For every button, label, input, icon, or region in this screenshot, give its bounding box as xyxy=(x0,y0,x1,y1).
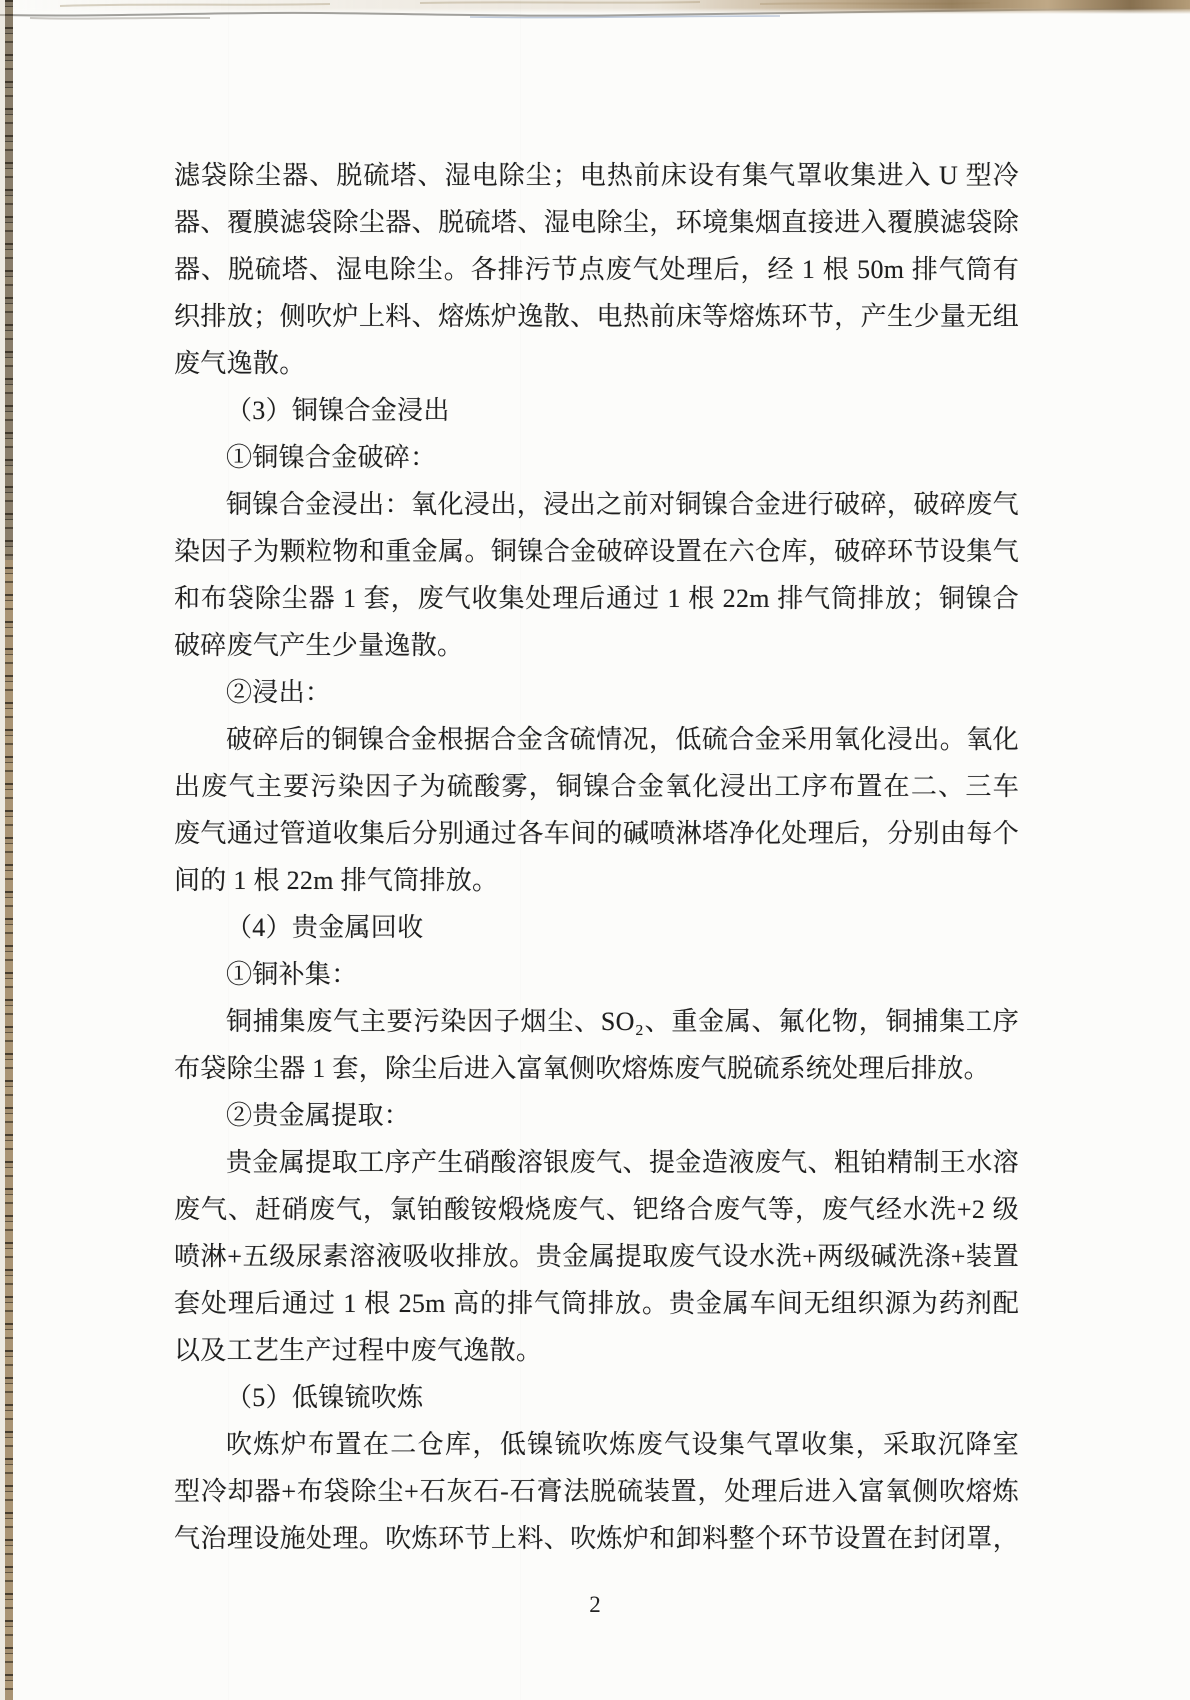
text-line: 喷淋+五级尿素溶液吸收排放。贵金属提取废气设水洗+两级碱洗涤+装置 1 xyxy=(174,1233,1019,1280)
wood-grain-texture xyxy=(0,0,1190,14)
text-line: 破碎后的铜镍合金根据合金含硫情况，低硫合金采用氧化浸出。氧化浸 xyxy=(174,716,1019,763)
text-line: 套处理后通过 1 根 25m 高的排气筒排放。贵金属车间无组织源为药剂配置 xyxy=(174,1280,1019,1327)
text-line: 铜镍合金浸出：氧化浸出，浸出之前对铜镍合金进行破碎，破碎废气污 xyxy=(174,481,1019,528)
text-line: 出废气主要污染因子为硫酸雾，铜镍合金氧化浸出工序布置在二、三车间， xyxy=(174,763,1019,810)
text-line: 和布袋除尘器 1 套，废气收集处理后通过 1 根 22m 排气筒排放；铜镍合金 xyxy=(174,575,1019,622)
text-line: 废气通过管道收集后分别通过各车间的碱喷淋塔净化处理后，分别由每个车 xyxy=(174,810,1019,857)
text-line: 以及工艺生产过程中废气逸散。 xyxy=(174,1327,1019,1374)
scanned-document-page: 滤袋除尘器、脱硫塔、湿电除尘；电热前床设有集气罩收集进入 U 型冷却器、覆膜滤袋… xyxy=(0,0,1190,1700)
text-line: 吹炼炉布置在二仓库，低镍锍吹炼废气设集气罩收集，采取沉降室+U xyxy=(174,1421,1019,1468)
scan-top-edge-artifact xyxy=(0,0,1190,26)
text-line: 间的 1 根 22m 排气筒排放。 xyxy=(174,857,1019,904)
text-line: 布袋除尘器 1 套，除尘后进入富氧侧吹熔炼废气脱硫系统处理后排放。 xyxy=(174,1045,1019,1092)
text-line: 织排放；侧吹炉上料、熔炼炉逸散、电热前床等熔炼环节，产生少量无组织 xyxy=(174,293,1019,340)
text-line: ②浸出： xyxy=(174,669,1019,716)
text-line: 贵金属提取工序产生硝酸溶银废气、提金造液废气、粗铂精制王水溶解 xyxy=(174,1139,1019,1186)
text-line: 滤袋除尘器、脱硫塔、湿电除尘；电热前床设有集气罩收集进入 U 型冷却 xyxy=(174,152,1019,199)
scan-left-edge-artifact xyxy=(5,0,13,1700)
text-line: （3）铜镍合金浸出 xyxy=(174,387,1019,434)
text-line: 染因子为颗粒物和重金属。铜镍合金破碎设置在六仓库，破碎环节设集气罩 xyxy=(174,528,1019,575)
text-line: ①铜补集： xyxy=(174,951,1019,998)
text-line: 铜捕集废气主要污染因子烟尘、SO₂、重金属、氟化物，铜捕集工序设 xyxy=(174,998,1019,1045)
text-line: ①铜镍合金破碎： xyxy=(174,434,1019,481)
text-line: （5）低镍锍吹炼 xyxy=(174,1374,1019,1421)
text-line: 废气逸散。 xyxy=(174,340,1019,387)
text-line: 器、脱硫塔、湿电除尘。各排污节点废气处理后，经 1 根 50m 排气筒有组 xyxy=(174,246,1019,293)
document-body: 滤袋除尘器、脱硫塔、湿电除尘；电热前床设有集气罩收集进入 U 型冷却器、覆膜滤袋… xyxy=(174,152,1019,1562)
page-number: 2 xyxy=(0,1592,1190,1618)
text-line: 器、覆膜滤袋除尘器、脱硫塔、湿电除尘，环境集烟直接进入覆膜滤袋除尘 xyxy=(174,199,1019,246)
scan-line-artifact xyxy=(0,0,1190,26)
text-line: 废气、赶硝废气，氯铂酸铵煅烧废气、钯络合废气等，废气经水洗+2 级碱 xyxy=(174,1186,1019,1233)
text-line: ②贵金属提取： xyxy=(174,1092,1019,1139)
text-line: 气治理设施处理。吹炼环节上料、吹炼炉和卸料整个环节设置在封闭罩，在 xyxy=(174,1515,1019,1562)
text-line: 破碎废气产生少量逸散。 xyxy=(174,622,1019,669)
text-line: （4）贵金属回收 xyxy=(174,904,1019,951)
text-line: 型冷却器+布袋除尘+石灰石-石膏法脱硫装置，处理后进入富氧侧吹熔炼废 xyxy=(174,1468,1019,1515)
